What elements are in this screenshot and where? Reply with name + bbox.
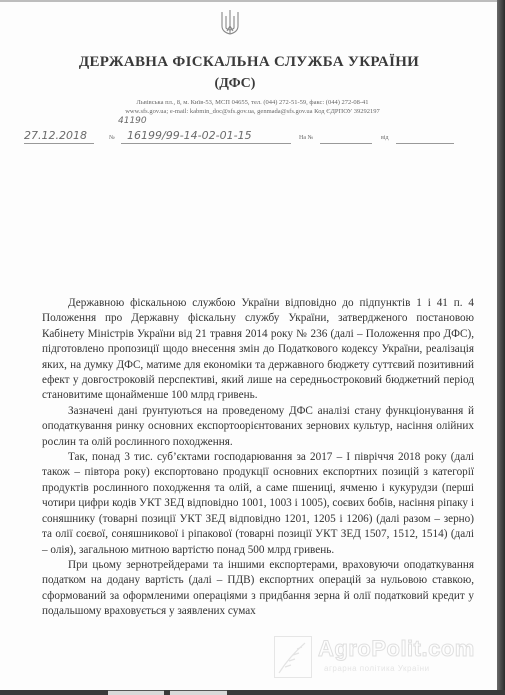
outgoing-number: 16199/99-14-02-01-15 (127, 129, 252, 142)
paragraph: При цьому зернотрейдерами та іншими експ… (42, 558, 474, 620)
number-label: № (109, 135, 115, 141)
reply-to-label: На № (299, 135, 313, 141)
watermark-brand: AgroPolit.com (318, 636, 475, 662)
date-underline (24, 143, 94, 144)
watermark: AgroPolit.com аграрна політика України (268, 636, 488, 682)
watermark-tagline: аграрна політика України (324, 664, 430, 673)
number-underline (121, 143, 291, 144)
paragraph: Зазначені дані ґрунтуються на проведеном… (42, 404, 474, 450)
reply-to-field (320, 143, 372, 144)
trident-icon (216, 8, 244, 38)
scan-bottom-tab (108, 690, 164, 695)
scan-bottom-edge (0, 690, 505, 695)
letter-body: Державною фіскальною службою України від… (42, 296, 474, 620)
from-field (396, 143, 454, 144)
contact-web-email: www.sfs.gov.ua; e-mail: kabmin_doc@sfs.g… (0, 108, 505, 115)
org-abbreviation: (ДФС) (0, 76, 470, 92)
registration-row: 27.12.2018 № 16199/99-14-02-01-15 На № в… (24, 129, 454, 145)
paragraph: Державною фіскальною службою України від… (42, 296, 474, 404)
org-name: ДЕРЖАВНА ФІСКАЛЬНА СЛУЖБА УКРАЇНИ (0, 54, 498, 71)
paragraph: Так, понад 3 тис. суб’єктами господарюва… (42, 450, 474, 558)
outgoing-date: 27.12.2018 (24, 129, 87, 142)
from-label: від (381, 135, 389, 141)
contact-address: Львівська пл., 8, м. Київ-53, МСП 04655,… (0, 99, 505, 106)
agropolit-logo-icon (274, 636, 312, 678)
scan-bottom-tab (170, 690, 227, 695)
document-page: ДЕРЖАВНА ФІСКАЛЬНА СЛУЖБА УКРАЇНИ (ДФС) … (0, 0, 498, 692)
incoming-registration-stamp: 41190 (118, 116, 147, 126)
scan-right-edge (497, 0, 505, 695)
